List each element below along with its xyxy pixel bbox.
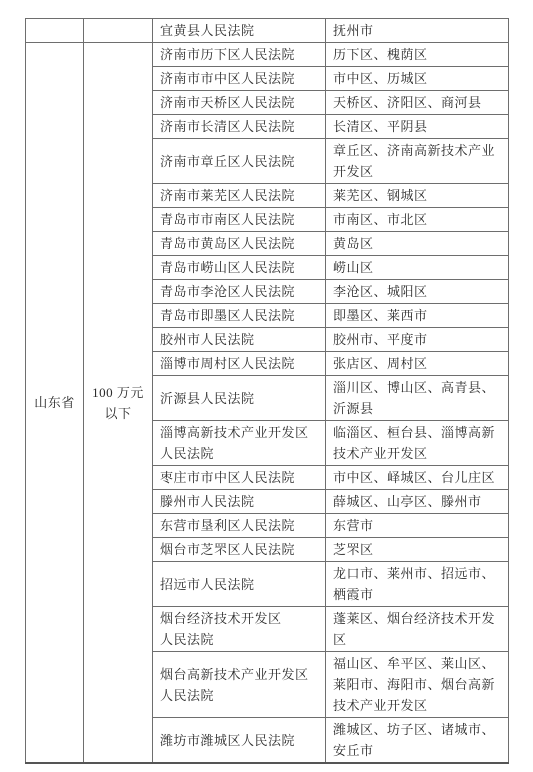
court-cell: 烟台高新技术产业开发区 人民法院 xyxy=(153,652,326,718)
court-cell: 济南市章丘区人民法院 xyxy=(153,139,326,184)
jurisdiction-table-body: 宜黄县人民法院 抚州市 山东省 100 万元 以下 济南市历下区人民法院 历下区… xyxy=(26,19,509,764)
areas-cell: 抚州市 xyxy=(326,19,509,43)
areas-cell: 即墨区、莱西市 xyxy=(326,304,509,328)
areas-cell: 临淄区、桓台县、淄博高新 技术产业开发区 xyxy=(326,421,509,466)
areas-cell: 张店区、周村区 xyxy=(326,352,509,376)
court-cell: 青岛市即墨区人民法院 xyxy=(153,304,326,328)
jurisdiction-table: 宜黄县人民法院 抚州市 山东省 100 万元 以下 济南市历下区人民法院 历下区… xyxy=(25,18,509,764)
court-cell: 沂源县人民法院 xyxy=(153,376,326,421)
court-cell: 淄博市周村区人民法院 xyxy=(153,352,326,376)
areas-cell: 章丘区、济南高新技术产业 开发区 xyxy=(326,139,509,184)
court-cell: 烟台经济技术开发区 人民法院 xyxy=(153,607,326,652)
areas-cell: 福山区、牟平区、莱山区、 莱阳市、海阳市、烟台高新 技术产业开发区 xyxy=(326,652,509,718)
court-cell: 青岛市李沧区人民法院 xyxy=(153,280,326,304)
areas-cell: 崂山区 xyxy=(326,256,509,280)
court-cell: 济南市天桥区人民法院 xyxy=(153,91,326,115)
court-cell: 宜黄县人民法院 xyxy=(153,19,326,43)
areas-cell: 薛城区、山亭区、滕州市 xyxy=(326,490,509,514)
court-cell: 济南市莱芜区人民法院 xyxy=(153,184,326,208)
areas-cell: 黄岛区 xyxy=(326,232,509,256)
areas-cell: 李沧区、城阳区 xyxy=(326,280,509,304)
amount-cell: 100 万元 以下 xyxy=(84,43,153,764)
areas-cell: 长清区、平阴县 xyxy=(326,115,509,139)
court-cell: 胶州市人民法院 xyxy=(153,328,326,352)
areas-cell: 市南区、市北区 xyxy=(326,208,509,232)
province-cell-empty xyxy=(26,19,84,43)
areas-cell: 芝罘区 xyxy=(326,538,509,562)
amount-cell-empty xyxy=(84,19,153,43)
areas-cell: 历下区、槐荫区 xyxy=(326,43,509,67)
areas-cell: 天桥区、济阳区、商河县 xyxy=(326,91,509,115)
areas-cell: 胶州市、平度市 xyxy=(326,328,509,352)
areas-cell: 蓬莱区、烟台经济技术开发区 xyxy=(326,607,509,652)
court-cell: 青岛市崂山区人民法院 xyxy=(153,256,326,280)
court-cell: 招远市人民法院 xyxy=(153,562,326,607)
areas-cell: 莱芜区、钢城区 xyxy=(326,184,509,208)
areas-cell: 潍城区、坊子区、诸城市、 安丘市 xyxy=(326,718,509,764)
court-cell: 济南市市中区人民法院 xyxy=(153,67,326,91)
province-cell: 山东省 xyxy=(26,43,84,764)
court-cell: 青岛市市南区人民法院 xyxy=(153,208,326,232)
table-row: 山东省 100 万元 以下 济南市历下区人民法院 历下区、槐荫区 xyxy=(26,43,509,67)
court-cell: 潍坊市潍城区人民法院 xyxy=(153,718,326,764)
areas-cell: 东营市 xyxy=(326,514,509,538)
table-row-continuation: 宜黄县人民法院 抚州市 xyxy=(26,19,509,43)
court-cell: 济南市历下区人民法院 xyxy=(153,43,326,67)
court-cell: 滕州市人民法院 xyxy=(153,490,326,514)
court-cell: 青岛市黄岛区人民法院 xyxy=(153,232,326,256)
court-cell: 烟台市芝罘区人民法院 xyxy=(153,538,326,562)
court-cell: 淄博高新技术产业开发区 人民法院 xyxy=(153,421,326,466)
court-cell: 东营市垦利区人民法院 xyxy=(153,514,326,538)
document-page: 宜黄县人民法院 抚州市 山东省 100 万元 以下 济南市历下区人民法院 历下区… xyxy=(0,0,533,772)
court-cell: 济南市长清区人民法院 xyxy=(153,115,326,139)
areas-cell: 市中区、峄城区、台儿庄区 xyxy=(326,466,509,490)
court-cell: 枣庄市市中区人民法院 xyxy=(153,466,326,490)
areas-cell: 淄川区、博山区、高青县、 沂源县 xyxy=(326,376,509,421)
areas-cell: 市中区、历城区 xyxy=(326,67,509,91)
areas-cell: 龙口市、莱州市、招远市、 栖霞市 xyxy=(326,562,509,607)
